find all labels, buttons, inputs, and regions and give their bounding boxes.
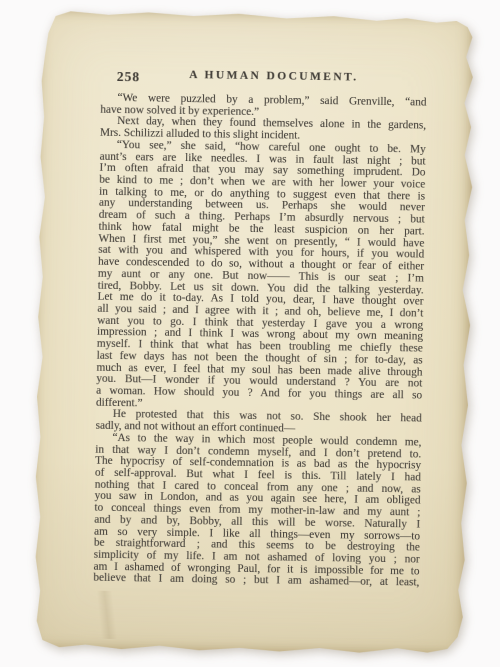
- book-page: 258 A HUMAN DOCUMENT. “We were puzzled b…: [29, 9, 474, 656]
- text-line: believe that I am doing so ; but I am as…: [93, 573, 419, 590]
- scan-backdrop: 258 A HUMAN DOCUMENT. “We were puzzled b…: [0, 0, 500, 667]
- paper-crease: [31, 590, 182, 640]
- page-body: “We were puzzled by a problem,” said Gre…: [93, 93, 426, 590]
- book-page-wrap: 258 A HUMAN DOCUMENT. “We were puzzled b…: [29, 9, 474, 656]
- page-header: 258 A HUMAN DOCUMENT.: [101, 68, 427, 85]
- running-title: A HUMAN DOCUMENT.: [101, 68, 427, 85]
- page-number: 258: [117, 69, 140, 85]
